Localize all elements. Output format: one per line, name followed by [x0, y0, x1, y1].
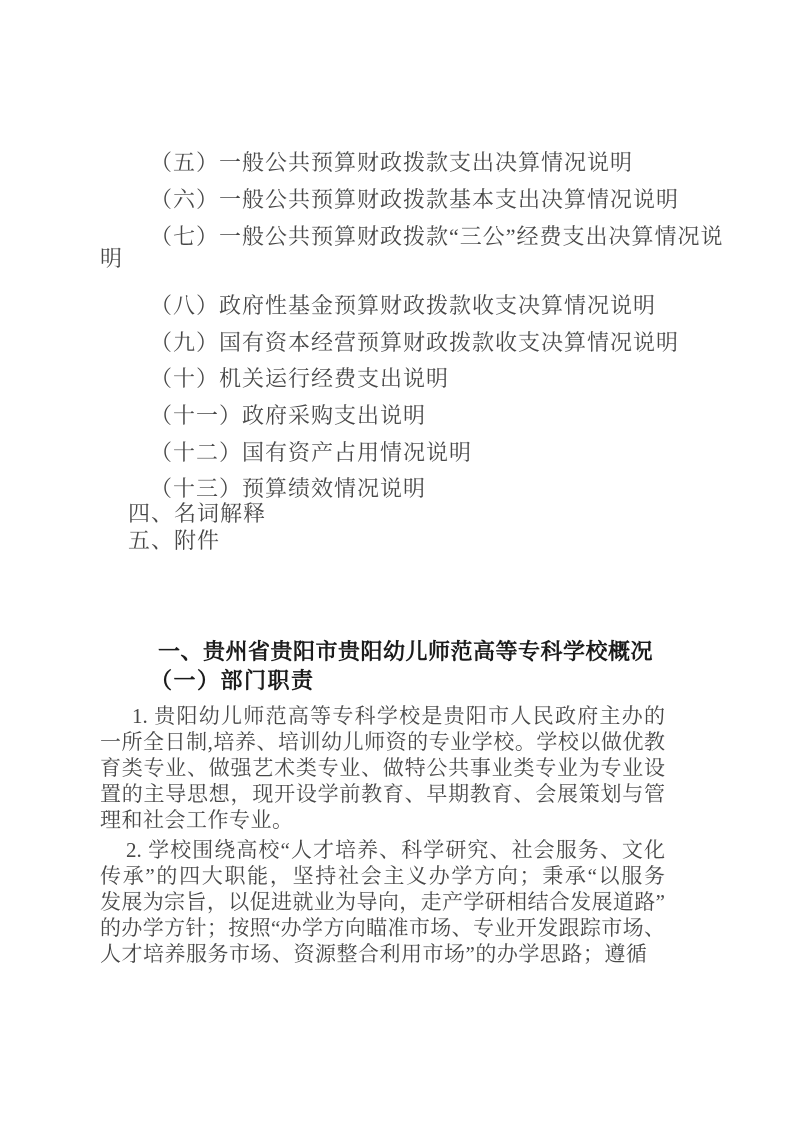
toc-item-part4: 四、名词解释: [100, 503, 665, 525]
page-content: （五）一般公共预算财政拨款支出决算情况说明 （六）一般公共预算财政拨款基本支出决…: [0, 0, 665, 965]
toc-item-part5: 五、附件: [100, 530, 665, 552]
text-line: 一所全日制,培养、培训幼儿师资的专业学校。学校以做优教: [100, 731, 665, 753]
toc-item-7-wrap-line: 明: [100, 248, 665, 270]
toc-item-5: （五）一般公共预算财政拨款支出决算情况说明: [100, 152, 665, 174]
text-line: 传承”的四大职能，坚持社会主义办学方向；秉承“以服务: [100, 865, 665, 887]
paragraph-2: 2. 学校围绕高校“人才培养、科学研究、社会服务、文化 传承”的四大职能，坚持社…: [100, 839, 665, 965]
text-line: 发展为宗旨，以促进就业为导向，走产学研相结合发展道路”: [100, 891, 665, 913]
toc-item-11: （十一）政府采购支出说明: [100, 405, 665, 427]
toc-item-9: （九）国有资本经营预算财政拨款收支决算情况说明: [100, 332, 665, 354]
toc-item-7: （七）一般公共预算财政拨款“三公”经费支出决算情况说: [100, 226, 665, 248]
text-line: 的办学方针；按照“办学方向瞄准市场、专业开发跟踪市场、: [100, 917, 665, 939]
toc-item-8: （八）政府性基金预算财政拨款收支决算情况说明: [100, 295, 665, 317]
toc-item-13: （十三）预算绩效情况说明: [100, 478, 665, 500]
toc-item-10: （十）机关运行经费支出说明: [100, 368, 665, 390]
section-heading-level2: （一）部门职责: [100, 669, 665, 693]
document-page: （五）一般公共预算财政拨款支出决算情况说明 （六）一般公共预算财政拨款基本支出决…: [0, 0, 793, 1122]
toc-item-6: （六）一般公共预算财政拨款基本支出决算情况说明: [100, 189, 665, 211]
text-line: 1. 贵阳幼儿师范高等专科学校是贵阳市人民政府主办的: [100, 705, 665, 727]
text-line: 2. 学校围绕高校“人才培养、科学研究、社会服务、文化: [100, 839, 665, 861]
section-heading-level1: 一、贵州省贵阳市贵阳幼儿师范高等专科学校概况: [100, 639, 665, 665]
toc-item-12: （十二）国有资产占用情况说明: [100, 442, 665, 464]
text-line: 理和社会工作专业。: [100, 809, 665, 831]
text-line: 人才培养服务市场、资源整合利用市场”的办学思路；遵循: [100, 943, 665, 965]
table-of-contents: （五）一般公共预算财政拨款支出决算情况说明 （六）一般公共预算财政拨款基本支出决…: [100, 0, 665, 552]
paragraph-1: 1. 贵阳幼儿师范高等专科学校是贵阳市人民政府主办的 一所全日制,培养、培训幼儿…: [100, 705, 665, 831]
text-line: 育类专业、做强艺术类专业、做特公共事业类专业为专业设: [100, 757, 665, 779]
text-line: 置的主导思想，现开设学前教育、早期教育、会展策划与管: [100, 783, 665, 805]
